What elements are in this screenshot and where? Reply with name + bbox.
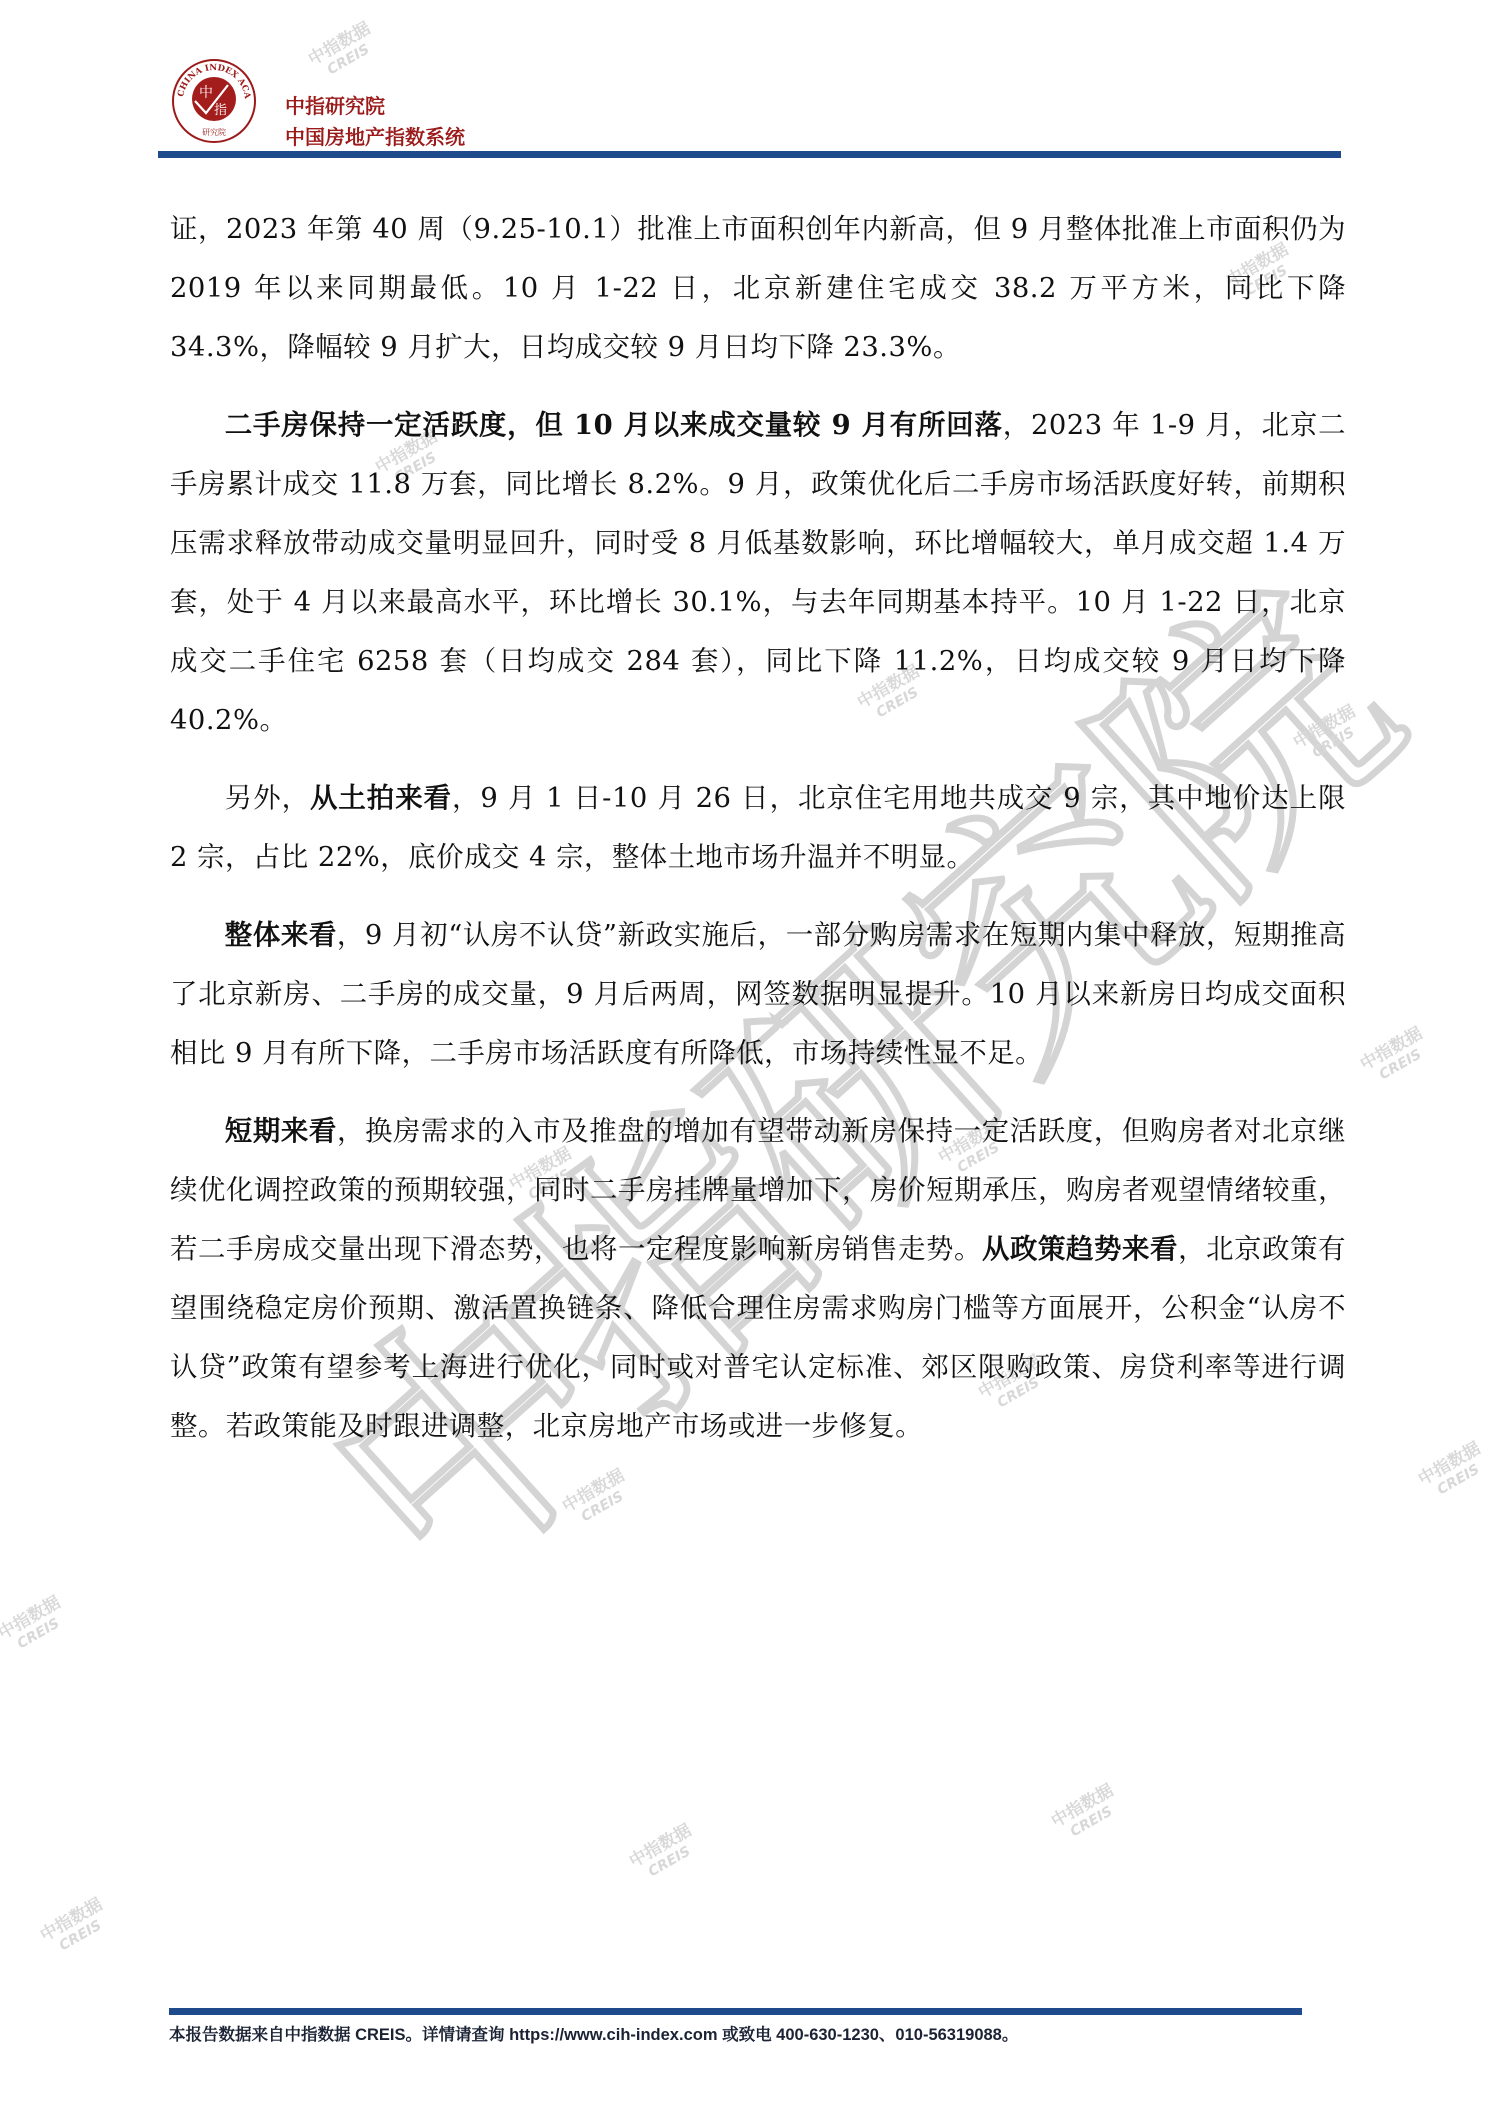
paragraph-lead: 整体来看 [225,919,337,951]
paragraph-lead: 短期来看 [225,1115,337,1147]
footer-divider [169,2008,1302,2015]
paragraph-land-auction: 另外，从土拍来看，9 月 1 日-10 月 26 日，北京住宅用地共成交 9 宗… [170,769,1346,887]
paragraph-lead-policy: 从政策趋势来看 [982,1233,1178,1265]
paragraph-overall: 整体来看，9 月初“认房不认贷”新政实施后，一部分购房需求在短期内集中释放，短期… [170,906,1346,1083]
paragraph-outlook: 短期来看，换房需求的入市及推盘的增加有望带动新房保持一定活跃度，但购房者对北京继… [170,1102,1346,1456]
paragraph-second-hand: 二手房保持一定活跃度，但 10 月以来成交量较 9 月有所回落，2023 年 1… [170,396,1346,750]
paragraph-lead: 从土拍来看 [310,782,452,814]
page-header: CHINA INDEX ACADEMY 研究院 中 指 中指研究院 中国房地产指… [0,0,1488,170]
brand-line-1: 中指研究院 [285,91,465,122]
logo-core: 中 指 [192,77,236,121]
paragraph-new-homes: 证，2023 年第 40 周（9.25-10.1）批准上市面积创年内新高，但 9… [170,200,1346,377]
report-body: 证，2023 年第 40 周（9.25-10.1）批准上市面积创年内新高，但 9… [170,200,1346,1475]
svg-text:研究院: 研究院 [202,127,226,137]
footer-source-note: 本报告数据来自中指数据 CREIS。详情请查询 https://www.cih-… [169,2021,1018,2045]
china-index-academy-logo: CHINA INDEX ACADEMY 研究院 中 指 [172,59,256,143]
header-divider [158,151,1341,158]
brand-line-2: 中国房地产指数系统 [285,122,465,153]
paragraph-lead: 二手房保持一定活跃度，但 10 月以来成交量较 9 月有所回落 [225,409,1003,441]
brand-title: 中指研究院 中国房地产指数系统 [285,91,465,153]
